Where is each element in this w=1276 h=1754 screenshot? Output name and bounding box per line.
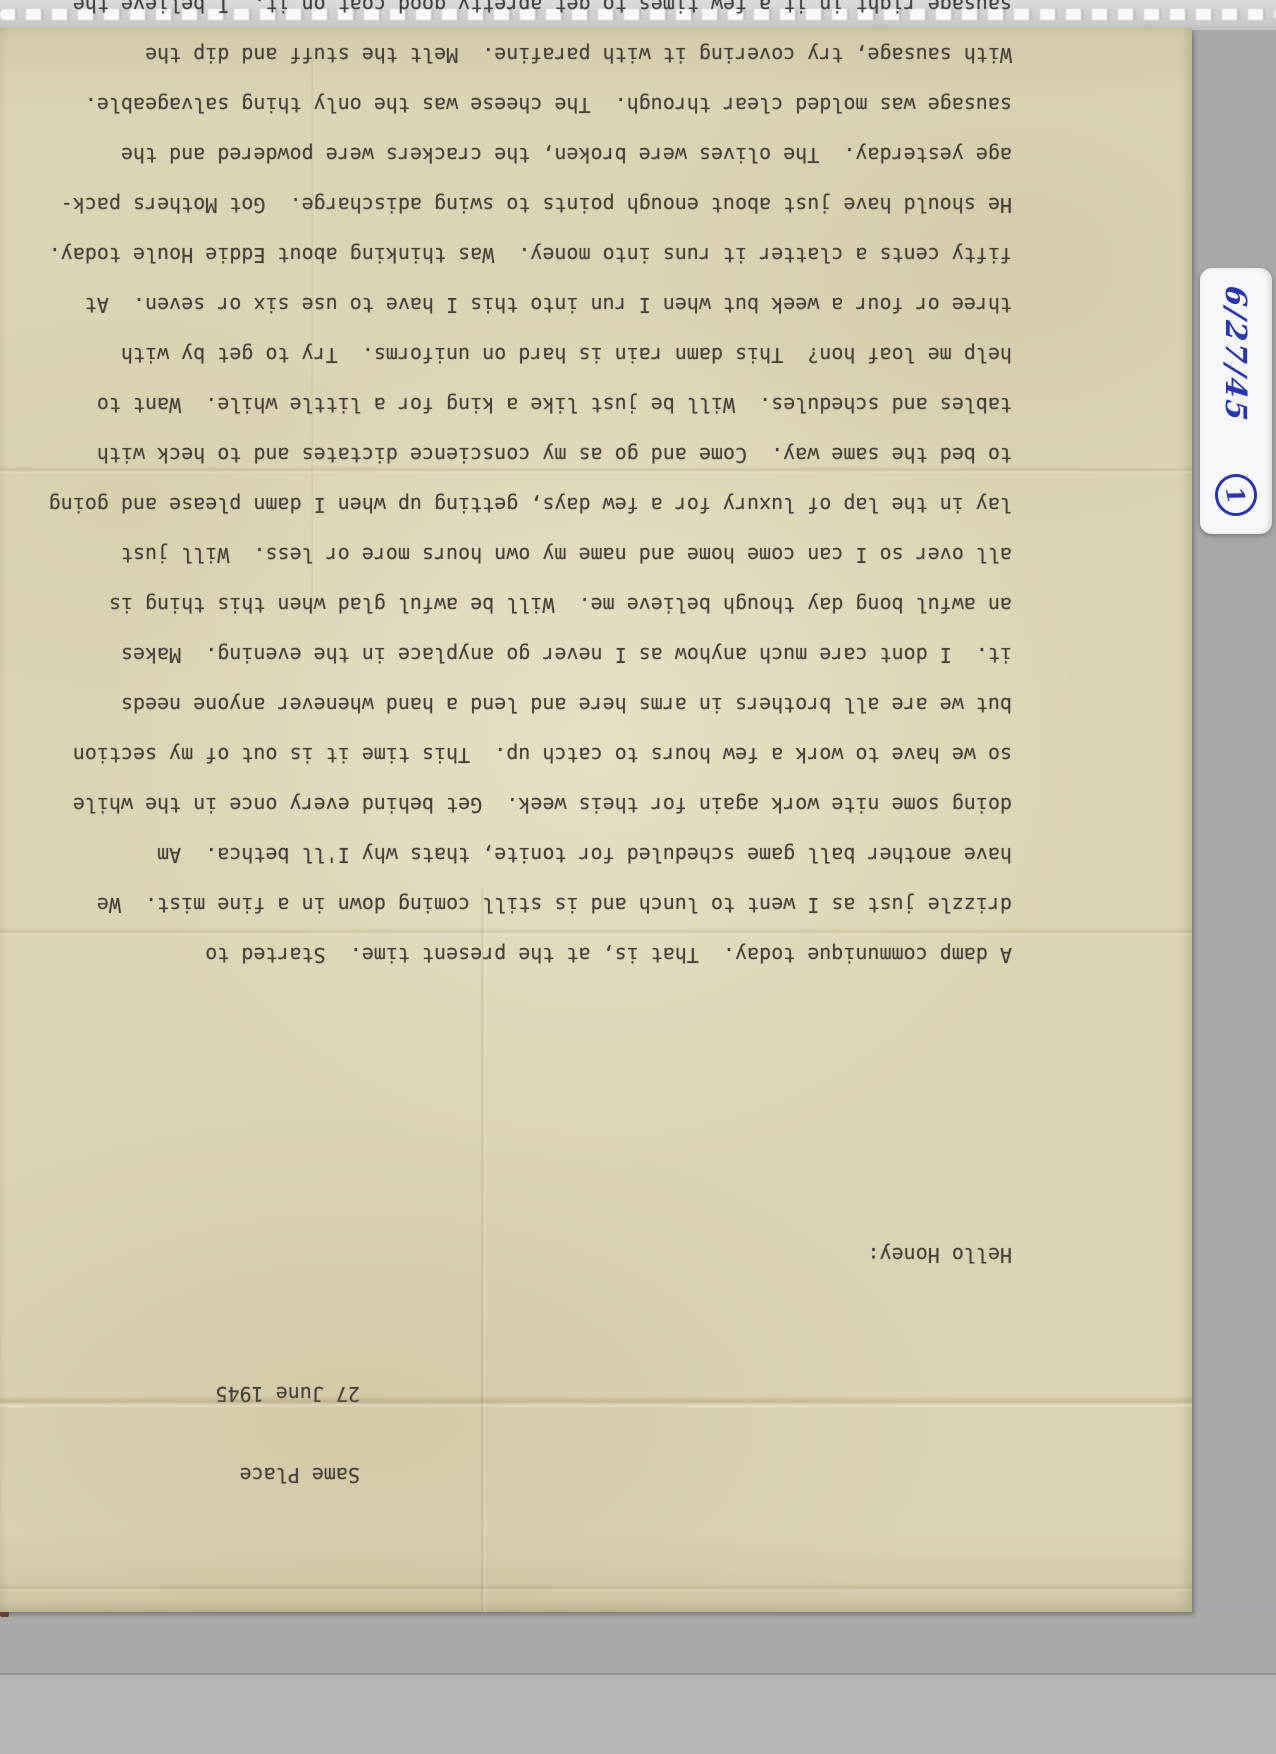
- body-line: lay in the lap of luxury for a few days,…: [0, 480, 1012, 530]
- body-line: have another ball game scheduled for ton…: [0, 830, 1012, 880]
- body-line: drizzle just as I went to lunch and is s…: [0, 880, 1012, 930]
- letter-paper: Same Place 27 June 1945 Hello Honey: A d…: [0, 28, 1192, 1612]
- body-lines-first: A damp communique today. That is, at the…: [0, 0, 1012, 1130]
- sleeve-bottom-edge: [0, 1675, 1276, 1754]
- body-line: tables and schedules. Will be just like …: [0, 380, 1012, 430]
- body-line: so we have to work a few hours to catch …: [0, 730, 1012, 780]
- label-handwritten-date: 6/27/45: [1219, 284, 1253, 424]
- body-line: With sausage, try covering it with paraf…: [0, 30, 1012, 80]
- body-line: sausage was molded clear through. The ch…: [0, 80, 1012, 130]
- letter-body: A damp communique today. That is, at the…: [0, 0, 1012, 1230]
- body-line: three or four a week but when I run into…: [0, 280, 1012, 330]
- archival-label: 6/27/45 1: [1200, 268, 1272, 534]
- body-line: fifty cents a clatter it runs into money…: [0, 230, 1012, 280]
- heading-date: 27 June 1945: [0, 1380, 360, 1407]
- letter-content-rotated: Same Place 27 June 1945 Hello Honey: A d…: [0, 28, 1192, 1612]
- letter-heading: Same Place 27 June 1945: [0, 1326, 360, 1542]
- body-line: age yesterday. The olives were broken, t…: [0, 130, 1012, 180]
- body-line: sausage right in it a few times to get a…: [0, 0, 1012, 30]
- heading-place: Same Place: [0, 1461, 360, 1488]
- body-line: He should have just about enough points …: [0, 180, 1012, 230]
- body-line: to bed the same way. Come and go as my c…: [0, 430, 1012, 480]
- body-line: all over so I can come home and name my …: [0, 530, 1012, 580]
- body-line: it. I dont care much anyhow as I never g…: [0, 630, 1012, 680]
- body-line: help me loaf hon? This damn rain is hard…: [0, 330, 1012, 380]
- salutation: Hello Honey:: [0, 1230, 1012, 1280]
- body-line: but we are all brothers in arms here and…: [0, 680, 1012, 730]
- body-line: doing some nite work again for theis wee…: [0, 780, 1012, 830]
- background-below-paper: [0, 1612, 1276, 1674]
- body-line: A damp communique today. That is, at the…: [0, 930, 1012, 980]
- archival-label-rotated-text: 6/27/45 1: [1200, 268, 1272, 534]
- body-line: an awful bong day though believe me. Wil…: [0, 580, 1012, 630]
- label-circled-page-number: 1: [1211, 470, 1261, 520]
